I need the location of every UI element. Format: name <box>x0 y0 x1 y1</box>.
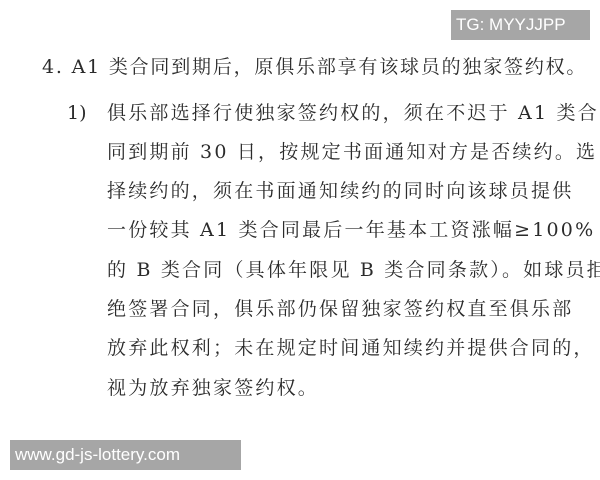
paragraph-line: 视为放弃独家签约权。 <box>107 376 319 400</box>
paragraph-line: 放弃此权利；未在规定时间通知续约并提供合同的， <box>107 336 595 360</box>
watermark-top: TG: MYYJJPP <box>451 10 590 40</box>
section-heading: 4. A1 类合同到期后，原俱乐部享有该球员的独家签约权。 <box>42 55 587 79</box>
paragraph-line: 同到期前 30 日，按规定书面通知对方是否续约。选 <box>107 140 597 164</box>
watermark-bottom: www.gd-js-lottery.com <box>10 440 241 470</box>
paragraph-line: 的 B 类合同（具体年限见 B 类合同条款）。如球员拒 <box>107 258 600 282</box>
paragraph-line: 俱乐部选择行使独家签约权的，须在不迟于 A1 类合 <box>107 101 599 125</box>
paragraph-line: 绝签署合同，俱乐部仍保留独家签约权直至俱乐部 <box>107 297 573 321</box>
paragraph-line: 择续约的，须在书面通知续约的同时向该球员提供 <box>107 179 573 203</box>
item-marker: 1) <box>67 101 87 125</box>
paragraph-line: 一份较其 A1 类合同最后一年基本工资涨幅≥100% <box>107 218 595 242</box>
